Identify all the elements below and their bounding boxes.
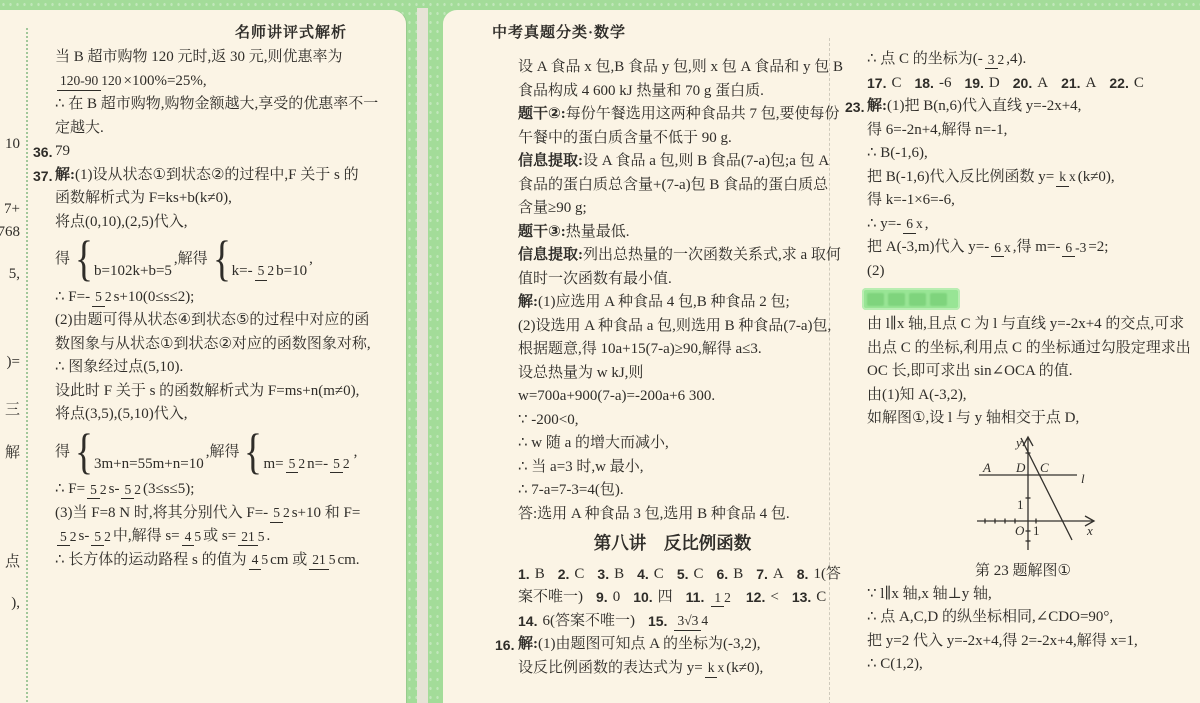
badge-glyph-block bbox=[867, 293, 884, 306]
text-line: 定越大. bbox=[33, 117, 403, 141]
text-run: (3)当 F=8 N 时,将其分别代入 F=- bbox=[55, 502, 268, 526]
text-run: 信息提取: bbox=[518, 244, 583, 268]
text-run: 1. bbox=[518, 563, 530, 587]
text-run: w=700a+900(7-a)=-200a+6 300. bbox=[518, 385, 715, 409]
text-run: ∴ 7-a=7-3=4(包). bbox=[518, 479, 624, 503]
text-run: 每份午餐选用这两种食品共 7 包,要使每份 bbox=[566, 103, 840, 127]
text-run: s+10(0≤s≤2); bbox=[114, 286, 195, 310]
text-run: (2) bbox=[867, 260, 885, 284]
point-a-label: A bbox=[982, 460, 991, 475]
fraction: 52 bbox=[255, 262, 275, 281]
text-line: 食品的蛋白质总含量+(7-a)包 B 食品的蛋白质总 bbox=[495, 174, 827, 198]
text-run: 答:选用 A 种食品 3 包,选用 B 种食品 4 包. bbox=[518, 503, 790, 527]
text-run: s- bbox=[109, 478, 120, 502]
text-line: 得{b=102k+b=5,解得{k=-52b=10, bbox=[33, 234, 403, 286]
middle-answer-column: 设 A 食品 x 包,B 食品 y 包,则 x 包 A 食品和 y 包 B食品构… bbox=[495, 56, 827, 680]
text-run: , bbox=[354, 441, 358, 465]
cut-off-text-fragment: 768 bbox=[0, 224, 20, 241]
text-run: (1)应选用 A 种食品 4 包,B 种食品 2 包; bbox=[538, 291, 790, 315]
fraction: 52 bbox=[91, 528, 111, 547]
fraction: kx bbox=[705, 659, 725, 678]
text-line: 设总热量为 w kJ,则 bbox=[495, 362, 827, 386]
x-axis-label: x bbox=[1086, 523, 1093, 538]
text-run: 6. bbox=[717, 563, 729, 587]
figure-svg: y x O 1 1 A D C l bbox=[973, 433, 1105, 555]
equation-system: {3m+n=55m+n=10 bbox=[72, 429, 204, 477]
text-run: 当 B 超市购物 120 元时,返 30 元,则优惠率为 bbox=[55, 46, 343, 70]
text-run: A bbox=[1037, 72, 1048, 96]
fraction: 32 bbox=[985, 51, 1005, 70]
text-line: 解:(1)应选用 A 种食品 4 包,B 种食品 2 包; bbox=[495, 291, 827, 315]
item-number: 36. bbox=[33, 141, 52, 165]
item-number: 16. bbox=[495, 634, 514, 658]
text-run: 0 bbox=[613, 586, 621, 610]
text-run: ,解得 bbox=[206, 441, 240, 465]
text-run: 13. bbox=[792, 586, 811, 610]
text-line: (2) bbox=[845, 260, 1200, 284]
fraction: 45 bbox=[182, 528, 202, 547]
text-line: ∴ 图象经过点(5,10). bbox=[33, 356, 403, 380]
text-run: b=10 bbox=[276, 264, 307, 280]
text-run: ∴ F=- bbox=[55, 286, 90, 310]
text-run: ,得 m=- bbox=[1013, 236, 1061, 260]
text-run: 得 6=-2n+4,解得 n=-1, bbox=[867, 119, 1007, 143]
coordinate-figure: y x O 1 1 A D C l bbox=[973, 433, 1200, 560]
fraction: 52 bbox=[270, 504, 290, 523]
text-run: ∴ y=- bbox=[867, 213, 901, 237]
badge-glyph-block bbox=[930, 293, 947, 306]
text-line: ∴ F=52s-52(3≤s≤5); bbox=[33, 478, 403, 502]
text-line: 52s-52中,解得 s=45或 s=215. bbox=[33, 525, 403, 549]
text-run: 中,解得 s= bbox=[113, 525, 180, 549]
text-run: 7. bbox=[756, 563, 768, 587]
text-line: 根据题意,得 10a+15(7-a)≥90,解得 a≤3. bbox=[495, 338, 827, 362]
text-line: ∴ y=-6x, bbox=[845, 213, 1200, 237]
text-run: 2k+b=5 bbox=[125, 264, 172, 280]
text-run: 定越大. bbox=[55, 117, 104, 141]
text-run: (3≤s≤5); bbox=[143, 478, 194, 502]
text-run: 20. bbox=[1013, 72, 1032, 96]
figure-caption: 第 23 题解图① bbox=[845, 560, 1200, 583]
page-right: 中考真题分类·数学 设 A 食品 x 包,B 食品 y 包,则 x 包 A 食品… bbox=[443, 10, 1200, 703]
text-run: (1)设从状态①到状态②的过程中,F 关于 s 的 bbox=[75, 164, 359, 188]
cut-off-text-fragment: 解 bbox=[5, 441, 20, 462]
text-run: 19. bbox=[964, 72, 983, 96]
text-run: 根据题意,得 10a+15(7-a)≥90,解得 a≤3. bbox=[518, 338, 762, 362]
text-line: w=700a+900(7-a)=-200a+6 300. bbox=[495, 385, 827, 409]
item-number: 37. bbox=[33, 165, 52, 189]
text-run: 值时一次函数有最小值. bbox=[518, 268, 672, 292]
item-number: 23. bbox=[845, 96, 864, 120]
text-run: ∴ 在 B 超市购物,购物金额越大,享受的优惠率不一 bbox=[55, 93, 378, 117]
text-line: 设此时 F 关于 s 的函数解析式为 F=ms+n(m≠0), bbox=[33, 380, 403, 404]
origin-label: O bbox=[1015, 523, 1025, 538]
text-line: 120-90120×100%=25%, bbox=[33, 70, 403, 94]
column-divider-dashed bbox=[829, 38, 830, 703]
text-run: C bbox=[654, 563, 664, 587]
point-d-label: D bbox=[1015, 460, 1026, 475]
text-line: ∴ 7-a=7-3=4(包). bbox=[495, 479, 827, 503]
text-line: 设反比例函数的表达式为 y=kx(k≠0), bbox=[495, 657, 827, 681]
y-axis-label: y bbox=[1014, 435, 1022, 450]
text-run: ×100%=25%, bbox=[124, 70, 207, 94]
fraction: 52 bbox=[121, 481, 141, 500]
text-line: ∴ 点 A,C,D 的纵坐标相同,∠CDO=90°, bbox=[845, 606, 1200, 630]
text-line: 得 k=-1×6=-6, bbox=[845, 189, 1200, 213]
text-run: 9. bbox=[596, 586, 608, 610]
text-run: 3. bbox=[597, 563, 609, 587]
text-run: 第八讲 反比例函数 bbox=[594, 532, 752, 556]
right-column-block-c: ∵ l∥x 轴,x 轴⊥y 轴,∴ 点 A,C,D 的纵坐标相同,∠CDO=90… bbox=[845, 583, 1200, 677]
left-margin-fragments: 107+7685,)=三解点), bbox=[0, 10, 22, 703]
text-run: ∴ F= bbox=[55, 478, 85, 502]
text-run: 函数解析式为 F=ks+b(k≠0), bbox=[55, 187, 232, 211]
text-run: ∴ 长方体的运动路程 s 的值为 bbox=[55, 549, 247, 573]
page-left-header: 名师讲评式解析 bbox=[235, 21, 347, 42]
text-run: 14. bbox=[518, 610, 537, 634]
text-line: 得 6=-2n+4,解得 n=-1, bbox=[845, 119, 1200, 143]
text-run: B bbox=[535, 563, 545, 587]
text-run: 数图象与从状态①到状态②对应的函数图象对称, bbox=[55, 333, 371, 357]
text-run: 设反比例函数的表达式为 y= bbox=[518, 657, 703, 681]
text-line: ∴ 长方体的运动路程 s 的值为45 cm 或215 cm. bbox=[33, 549, 403, 573]
text-run: D bbox=[989, 72, 1000, 96]
text-line: 案不唯一)9.010.四11.1212.<13.C bbox=[495, 586, 827, 610]
text-line: 14.6(答案不唯一)15.3√34 bbox=[495, 610, 827, 634]
text-run: B bbox=[614, 563, 624, 587]
text-run: b=10 bbox=[94, 264, 125, 280]
text-run: -6 bbox=[939, 72, 952, 96]
text-line: 由(1)知 A(-3,2), bbox=[845, 384, 1200, 408]
text-run: B bbox=[733, 563, 743, 587]
text-run: 18. bbox=[914, 72, 933, 96]
text-line: 37.解:(1)设从状态①到状态②的过程中,F 关于 s 的 bbox=[33, 164, 403, 188]
text-run: ∵ -200<0, bbox=[518, 409, 579, 433]
text-run: 设 A 食品 x 包,B 食品 y 包,则 x 包 A 食品和 y 包 B bbox=[518, 56, 843, 80]
text-run: 2. bbox=[558, 563, 570, 587]
text-run: 6(答案不唯一) bbox=[542, 610, 635, 634]
text-line: 值时一次函数有最小值. bbox=[495, 268, 827, 292]
text-run: 案不唯一) bbox=[518, 586, 583, 610]
text-line: ∴ C(1,2), bbox=[845, 653, 1200, 677]
text-run: 5m+n=10 bbox=[145, 457, 204, 473]
text-line: ∴ 当 a=3 时,w 最小, bbox=[495, 456, 827, 480]
text-run: C bbox=[816, 586, 826, 610]
text-run: k=- bbox=[232, 264, 253, 280]
fraction: 52 bbox=[286, 455, 306, 474]
text-run: 8. bbox=[797, 563, 809, 587]
text-run: C bbox=[574, 563, 584, 587]
fraction: 120-90120 bbox=[57, 72, 122, 91]
text-run: m= bbox=[263, 457, 283, 473]
text-run: 21. bbox=[1061, 72, 1080, 96]
equation-system: {b=102k+b=5 bbox=[72, 236, 172, 284]
fraction: 6-3 bbox=[1062, 239, 1086, 258]
text-run: 食品的蛋白质总含量+(7-a)包 B 食品的蛋白质总 bbox=[518, 174, 828, 198]
text-run: ∴ w 随 a 的增大而减小, bbox=[518, 432, 669, 456]
page-left: 名师讲评式解析 107+7685,)=三解点), 当 B 超市购物 120 元时… bbox=[0, 10, 406, 703]
cut-off-text-fragment: 10 bbox=[5, 136, 20, 153]
text-run: . bbox=[266, 525, 270, 549]
text-line: 由 l∥x 轴,且点 C 为 l 与直线 y=-2x+4 的交点,可求 bbox=[845, 313, 1200, 337]
cut-off-text-fragment: 5, bbox=[9, 266, 20, 283]
text-run: 解: bbox=[518, 633, 538, 657]
text-run: 解: bbox=[867, 95, 887, 119]
text-run: 15. bbox=[648, 610, 667, 634]
text-run: , bbox=[309, 248, 313, 272]
text-run: (k≠0), bbox=[1078, 166, 1115, 190]
right-answer-column: ∴ 点 C 的坐标为(-32,4).17.C18.-619.D20.A21.A2… bbox=[845, 48, 1200, 677]
fraction: 45 bbox=[249, 551, 269, 570]
text-line: ∴ B(-1,6), bbox=[845, 142, 1200, 166]
text-run: ∴ B(-1,6), bbox=[867, 142, 928, 166]
text-run: ,4). bbox=[1006, 48, 1026, 72]
y-one-label: 1 bbox=[1017, 497, 1024, 512]
cut-off-text-fragment: 7+ bbox=[4, 201, 20, 218]
text-run: ∴ 当 a=3 时,w 最小, bbox=[518, 456, 644, 480]
text-run: 或 s= bbox=[203, 525, 236, 549]
text-run: cm. bbox=[337, 549, 359, 573]
text-line: 午餐中的蛋白质含量不低于 90 g. bbox=[495, 127, 827, 151]
fraction: 12 bbox=[711, 589, 731, 608]
text-run: A bbox=[773, 563, 784, 587]
badge-glyph-block bbox=[888, 293, 905, 306]
text-run: 食品构成 4 600 kJ 热量和 70 g 蛋白质. bbox=[518, 80, 764, 104]
text-line: 23.解:(1)把 B(n,6)代入直线 y=-2x+4, bbox=[845, 95, 1200, 119]
text-run: 设此时 F 关于 s 的函数解析式为 F=ms+n(m≠0), bbox=[55, 380, 359, 404]
fraction: 6x bbox=[903, 215, 923, 234]
left-answer-column: 当 B 超市购物 120 元时,返 30 元,则优惠率为120-90120×10… bbox=[33, 46, 403, 572]
text-run: 解: bbox=[55, 164, 75, 188]
text-line: 数图象与从状态①到状态②对应的函数图象对称, bbox=[33, 333, 403, 357]
text-run: ,解得 bbox=[174, 248, 208, 272]
text-run: 四 bbox=[658, 586, 673, 610]
fraction: kx bbox=[1056, 168, 1076, 187]
text-line: 信息提取:列出总热量的一次函数关系式,求 a 取何 bbox=[495, 244, 827, 268]
text-run: 得 k=-1×6=-6, bbox=[867, 189, 955, 213]
text-run: n=- bbox=[307, 457, 328, 473]
text-line: 设 A 食品 x 包,B 食品 y 包,则 x 包 A 食品和 y 包 B bbox=[495, 56, 827, 80]
text-line: 题干③:热量最低. bbox=[495, 221, 827, 245]
text-run: 题干③: bbox=[518, 221, 566, 245]
text-run: 出点 C 的坐标,利用点 C 的坐标通过勾股定理求出 bbox=[867, 337, 1191, 361]
text-line: 17.C18.-619.D20.A21.A22.C bbox=[845, 72, 1200, 96]
text-line: 得{3m+n=55m+n=10,解得{m=52n=-52, bbox=[33, 427, 403, 479]
text-run: 信息提取: bbox=[518, 150, 583, 174]
fraction: 52 bbox=[330, 455, 350, 474]
text-run: 79 bbox=[55, 140, 70, 164]
book-spine-strip bbox=[417, 8, 428, 703]
text-line: 题干②:每份午餐选用这两种食品共 7 包,要使每份 bbox=[495, 103, 827, 127]
text-run: A bbox=[1086, 72, 1097, 96]
text-run: 3m+n=5 bbox=[94, 457, 145, 473]
text-run: 解: bbox=[518, 291, 538, 315]
page-right-header: 中考真题分类·数学 bbox=[492, 21, 626, 42]
text-run: C bbox=[694, 563, 704, 587]
text-line: 含量≥90 g; bbox=[495, 197, 827, 221]
text-line: 把 A(-3,m)代入 y=-6x,得 m=-6-3=2; bbox=[845, 236, 1200, 260]
text-run: 17. bbox=[867, 72, 886, 96]
text-line: (3)当 F=8 N 时,将其分别代入 F=-52s+10 和 F= bbox=[33, 502, 403, 526]
text-run: 5. bbox=[677, 563, 689, 587]
text-line: ∵ -200<0, bbox=[495, 409, 827, 433]
text-line: 36.79 bbox=[33, 140, 403, 164]
text-run: ∴ 图象经过点(5,10). bbox=[55, 356, 183, 380]
column-divider-dotted bbox=[26, 28, 28, 703]
fraction: 52 bbox=[87, 481, 107, 500]
text-line: 食品构成 4 600 kJ 热量和 70 g 蛋白质. bbox=[495, 80, 827, 104]
text-run: 10. bbox=[633, 586, 652, 610]
text-run: ∴ C(1,2), bbox=[867, 653, 923, 677]
text-line: 当 B 超市购物 120 元时,返 30 元,则优惠率为 bbox=[33, 46, 403, 70]
highlight-badge bbox=[862, 288, 960, 310]
text-run: (2)由题可得从状态④到状态⑤的过程中对应的函 bbox=[55, 309, 369, 333]
cut-off-text-fragment: 三 bbox=[5, 398, 20, 419]
point-c-label: C bbox=[1040, 460, 1049, 475]
text-run: C bbox=[1134, 72, 1144, 96]
text-line: 16.解:(1)由题图可知点 A 的坐标为(-3,2), bbox=[495, 633, 827, 657]
text-line: ∴ 点 C 的坐标为(-32,4). bbox=[845, 48, 1200, 72]
text-line: 答:选用 A 种食品 3 包,选用 B 种食品 4 包. bbox=[495, 503, 827, 527]
text-run: s- bbox=[79, 525, 90, 549]
text-run: < bbox=[770, 586, 778, 610]
badge-glyph-block bbox=[909, 293, 926, 306]
text-line: (2)由题可得从状态④到状态⑤的过程中对应的函 bbox=[33, 309, 403, 333]
text-line: ∴ 在 B 超市购物,购物金额越大,享受的优惠率不一 bbox=[33, 93, 403, 117]
fraction: 215 bbox=[238, 528, 264, 547]
text-line: (2)设选用 A 种食品 a 包,则选用 B 种食品(7-a)包, bbox=[495, 315, 827, 339]
text-run: 得 bbox=[55, 441, 70, 465]
text-line: 把 y=2 代入 y=-2x+4,得 2=-2x+4,解得 x=1, bbox=[845, 630, 1200, 654]
text-run: =2; bbox=[1088, 236, 1108, 260]
fraction: 52 bbox=[57, 528, 77, 547]
text-run: (1)由题图可知点 A 的坐标为(-3,2), bbox=[538, 633, 760, 657]
text-run: 由(1)知 A(-3,2), bbox=[867, 384, 967, 408]
text-line: 1.B2.C3.B4.C5.C6.B7.A8.1(答 bbox=[495, 563, 827, 587]
text-run: ∴ 点 C 的坐标为(- bbox=[867, 48, 983, 72]
text-run: 22. bbox=[1109, 72, 1128, 96]
text-run: 热量最低. bbox=[566, 221, 630, 245]
text-run: 午餐中的蛋白质含量不低于 90 g. bbox=[518, 127, 732, 151]
text-run: 如解图①,设 l 与 y 轴相交于点 D, bbox=[867, 407, 1079, 431]
text-run: 1(答 bbox=[813, 563, 841, 587]
cut-off-text-fragment: )= bbox=[7, 354, 20, 371]
fraction: 215 bbox=[309, 551, 335, 570]
cut-off-text-fragment: 点 bbox=[5, 550, 20, 571]
text-line: ∵ l∥x 轴,x 轴⊥y 轴, bbox=[845, 583, 1200, 607]
text-run: 题干②: bbox=[518, 103, 566, 127]
text-run: 把 y=2 代入 y=-2x+4,得 2=-2x+4,解得 x=1, bbox=[867, 630, 1138, 654]
text-run: 把 A(-3,m)代入 y=- bbox=[867, 236, 989, 260]
x-one-label: 1 bbox=[1033, 523, 1040, 538]
equation-system: {m=52n=-52 bbox=[241, 429, 351, 477]
text-run: 12. bbox=[746, 586, 765, 610]
text-run: (k≠0), bbox=[726, 657, 763, 681]
text-run: cm 或 bbox=[270, 549, 307, 573]
text-run: (2)设选用 A 种食品 a 包,则选用 B 种食品(7-a)包, bbox=[518, 315, 831, 339]
line-l-label: l bbox=[1081, 471, 1085, 486]
text-line: ∴ w 随 a 的增大而减小, bbox=[495, 432, 827, 456]
cut-off-text-fragment: ), bbox=[11, 595, 20, 612]
text-line: 出点 C 的坐标,利用点 C 的坐标通过勾股定理求出 bbox=[845, 337, 1200, 361]
book-spread: { "colors":{"background_green":"#a3dc99"… bbox=[0, 0, 1200, 703]
text-line: 函数解析式为 F=ks+b(k≠0), bbox=[33, 187, 403, 211]
fraction: 3√34 bbox=[674, 612, 708, 631]
right-column-block-a: ∴ 点 C 的坐标为(-32,4).17.C18.-619.D20.A21.A2… bbox=[845, 48, 1200, 283]
text-run: 含量≥90 g; bbox=[518, 197, 587, 221]
fraction: 52 bbox=[92, 288, 112, 307]
text-line: ∴ F=-52s+10(0≤s≤2); bbox=[33, 286, 403, 310]
text-run: s+10 和 F= bbox=[292, 502, 361, 526]
text-run: 由 l∥x 轴,且点 C 为 l 与直线 y=-2x+4 的交点,可求 bbox=[867, 313, 1184, 337]
text-run: 4. bbox=[637, 563, 649, 587]
text-run: C bbox=[891, 72, 901, 96]
text-run: 列出总热量的一次函数关系式,求 a 取何 bbox=[583, 244, 841, 268]
right-column-block-b: 由 l∥x 轴,且点 C 为 l 与直线 y=-2x+4 的交点,可求出点 C … bbox=[845, 313, 1200, 431]
text-run: ∴ 点 A,C,D 的纵坐标相同,∠CDO=90°, bbox=[867, 606, 1113, 630]
text-run: , bbox=[925, 213, 929, 237]
section-heading: 第八讲 反比例函数 bbox=[495, 526, 827, 563]
text-run: (1)把 B(n,6)代入直线 y=-2x+4, bbox=[887, 95, 1081, 119]
text-run: 11. bbox=[686, 586, 705, 610]
text-line: 如解图①,设 l 与 y 轴相交于点 D, bbox=[845, 407, 1200, 431]
text-run: 得 bbox=[55, 248, 70, 272]
text-line: OC 长,即可求出 sin∠OCA 的值. bbox=[845, 360, 1200, 384]
text-run: ∵ l∥x 轴,x 轴⊥y 轴, bbox=[867, 583, 992, 607]
text-run: OC 长,即可求出 sin∠OCA 的值. bbox=[867, 360, 1073, 384]
fraction: 6x bbox=[991, 239, 1011, 258]
text-run: 设总热量为 w kJ,则 bbox=[518, 362, 643, 386]
text-line: 把 B(-1,6)代入反比例函数 y=kx(k≠0), bbox=[845, 166, 1200, 190]
text-run: 把 B(-1,6)代入反比例函数 y= bbox=[867, 166, 1054, 190]
text-line: 信息提取:设 A 食品 a 包,则 B 食品(7-a)包;a 包 A bbox=[495, 150, 827, 174]
equation-system: {k=-52b=10 bbox=[210, 236, 307, 284]
text-run: 设 A 食品 a 包,则 B 食品(7-a)包;a 包 A bbox=[583, 150, 829, 174]
